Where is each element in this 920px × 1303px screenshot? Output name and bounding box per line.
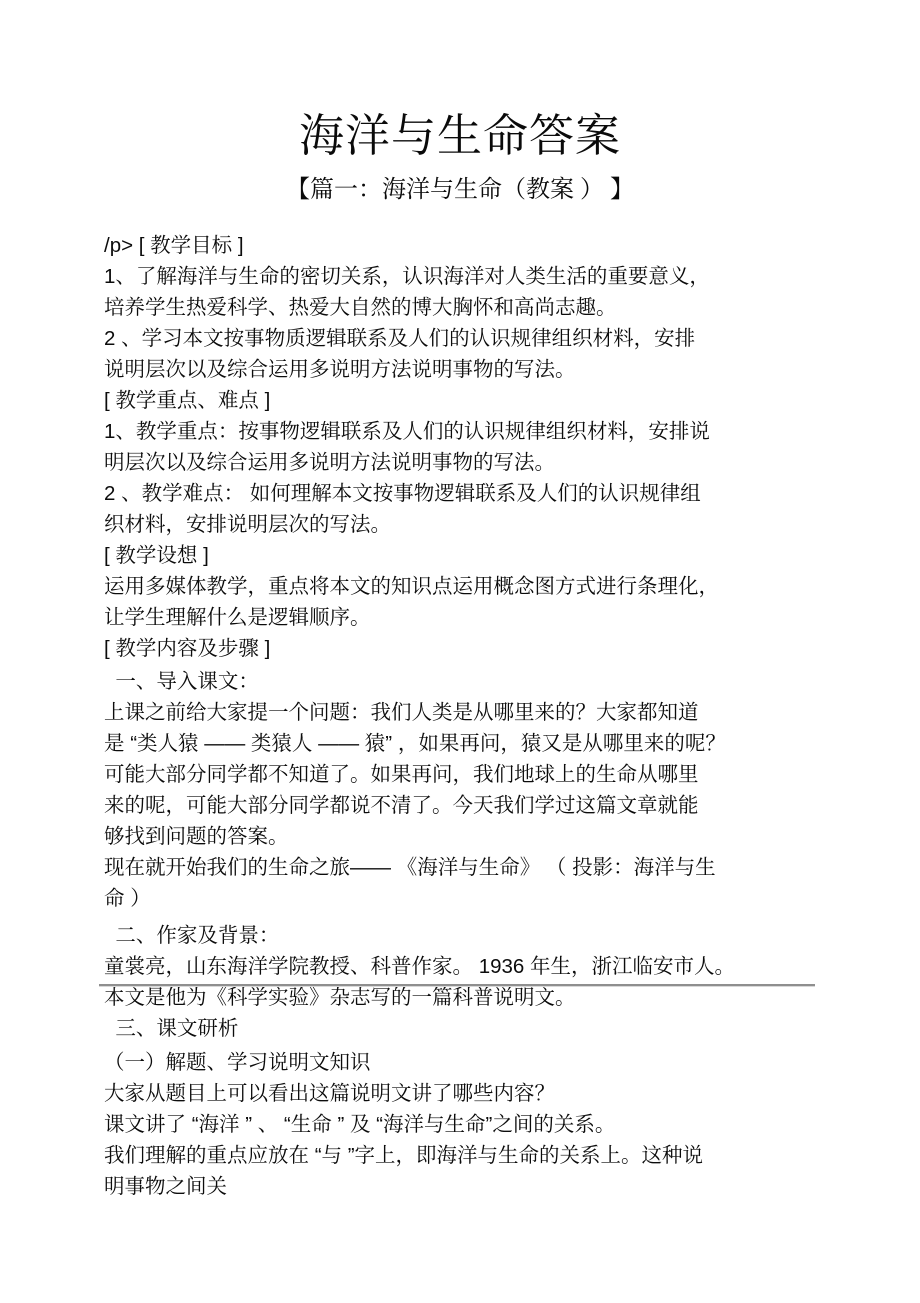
text-line: 上课之前给大家提一个问题：我们人类是从哪里来的？大家都知道 xyxy=(104,697,844,728)
text-line: 可能大部分同学都不知道了。如果再问，我们地球上的生命从哪里 xyxy=(104,759,844,790)
text-line: 三、课文研析 xyxy=(104,1013,844,1044)
document-title: 海洋与生命答案 xyxy=(0,106,920,166)
text-line: 明层次以及综合运用多说明方法说明事物的写法。 xyxy=(104,447,844,478)
document-body: /p> [ 教学目标 ]1、了解海洋与生命的密切关系，认识海洋对人类生活的重要意… xyxy=(104,230,844,1202)
text-line: 是 “类人猿 —— 类猿人 —— 猿” ，如果再问，猿又是从哪里来的呢？ xyxy=(104,728,844,759)
text-line: 大家从题目上可以看出这篇说明文讲了哪些内容？ xyxy=(104,1078,844,1109)
text-line: 我们理解的重点应放在 “与 ”字上，即海洋与生命的关系上。这种说 xyxy=(104,1140,844,1171)
text-line: 运用多媒体教学，重点将本文的知识点运用概念图方式进行条理化， xyxy=(104,571,844,602)
text-line: 2 、学习本文按事物质逻辑联系及人们的认识规律组织材料，安排 xyxy=(104,323,844,354)
document-subtitle: 【篇一：海洋与生命（教案 ） 】 xyxy=(0,173,920,207)
text-line: 课文讲了 “海洋 ” 、 “生命 ” 及 “海洋与生命”之间的关系。 xyxy=(104,1109,844,1140)
text-line: 培养学生热爱科学、热爱大自然的博大胸怀和高尚志趣。 xyxy=(104,292,844,323)
section-divider xyxy=(99,984,815,987)
text-line: 二、作家及背景： xyxy=(104,920,844,951)
text-line: 命 ） xyxy=(104,883,844,914)
text-line: 明事物之间关 xyxy=(104,1171,844,1202)
text-line: 一、导入课文： xyxy=(104,666,844,697)
text-line: 童裳亮，山东海洋学院教授、科普作家。 1936 年生，浙江临安市人。 xyxy=(104,951,844,982)
text-line: /p> [ 教学目标 ] xyxy=(104,230,844,261)
text-line: 够找到问题的答案。 xyxy=(104,821,844,852)
text-line: 2 、教学难点： 如何理解本文按事物逻辑联系及人们的认识规律组 xyxy=(104,478,844,509)
text-line: 织材料，安排说明层次的写法。 xyxy=(104,509,844,540)
text-line: [ 教学重点、难点 ] xyxy=(104,385,844,416)
text-line: 1、教学重点：按事物逻辑联系及人们的认识规律组织材料，安排说 xyxy=(104,416,844,447)
text-line: 让学生理解什么是逻辑顺序。 xyxy=(104,602,844,633)
text-line: 现在就开始我们的生命之旅—— 《海洋与生命》 （ 投影：海洋与生 xyxy=(104,852,844,883)
text-line: 说明层次以及综合运用多说明方法说明事物的写法。 xyxy=(104,354,844,385)
text-line: 1、了解海洋与生命的密切关系，认识海洋对人类生活的重要意义， xyxy=(104,261,844,292)
text-line: 来的呢，可能大部分同学都说不清了。今天我们学过这篇文章就能 xyxy=(104,790,844,821)
document-page: 海洋与生命答案 【篇一：海洋与生命（教案 ） 】 /p> [ 教学目标 ]1、了… xyxy=(0,0,920,1303)
text-line: [ 教学设想 ] xyxy=(104,540,844,571)
text-line: [ 教学内容及步骤 ] xyxy=(104,633,844,664)
text-line: （一）解题、学习说明文知识 xyxy=(104,1047,844,1078)
